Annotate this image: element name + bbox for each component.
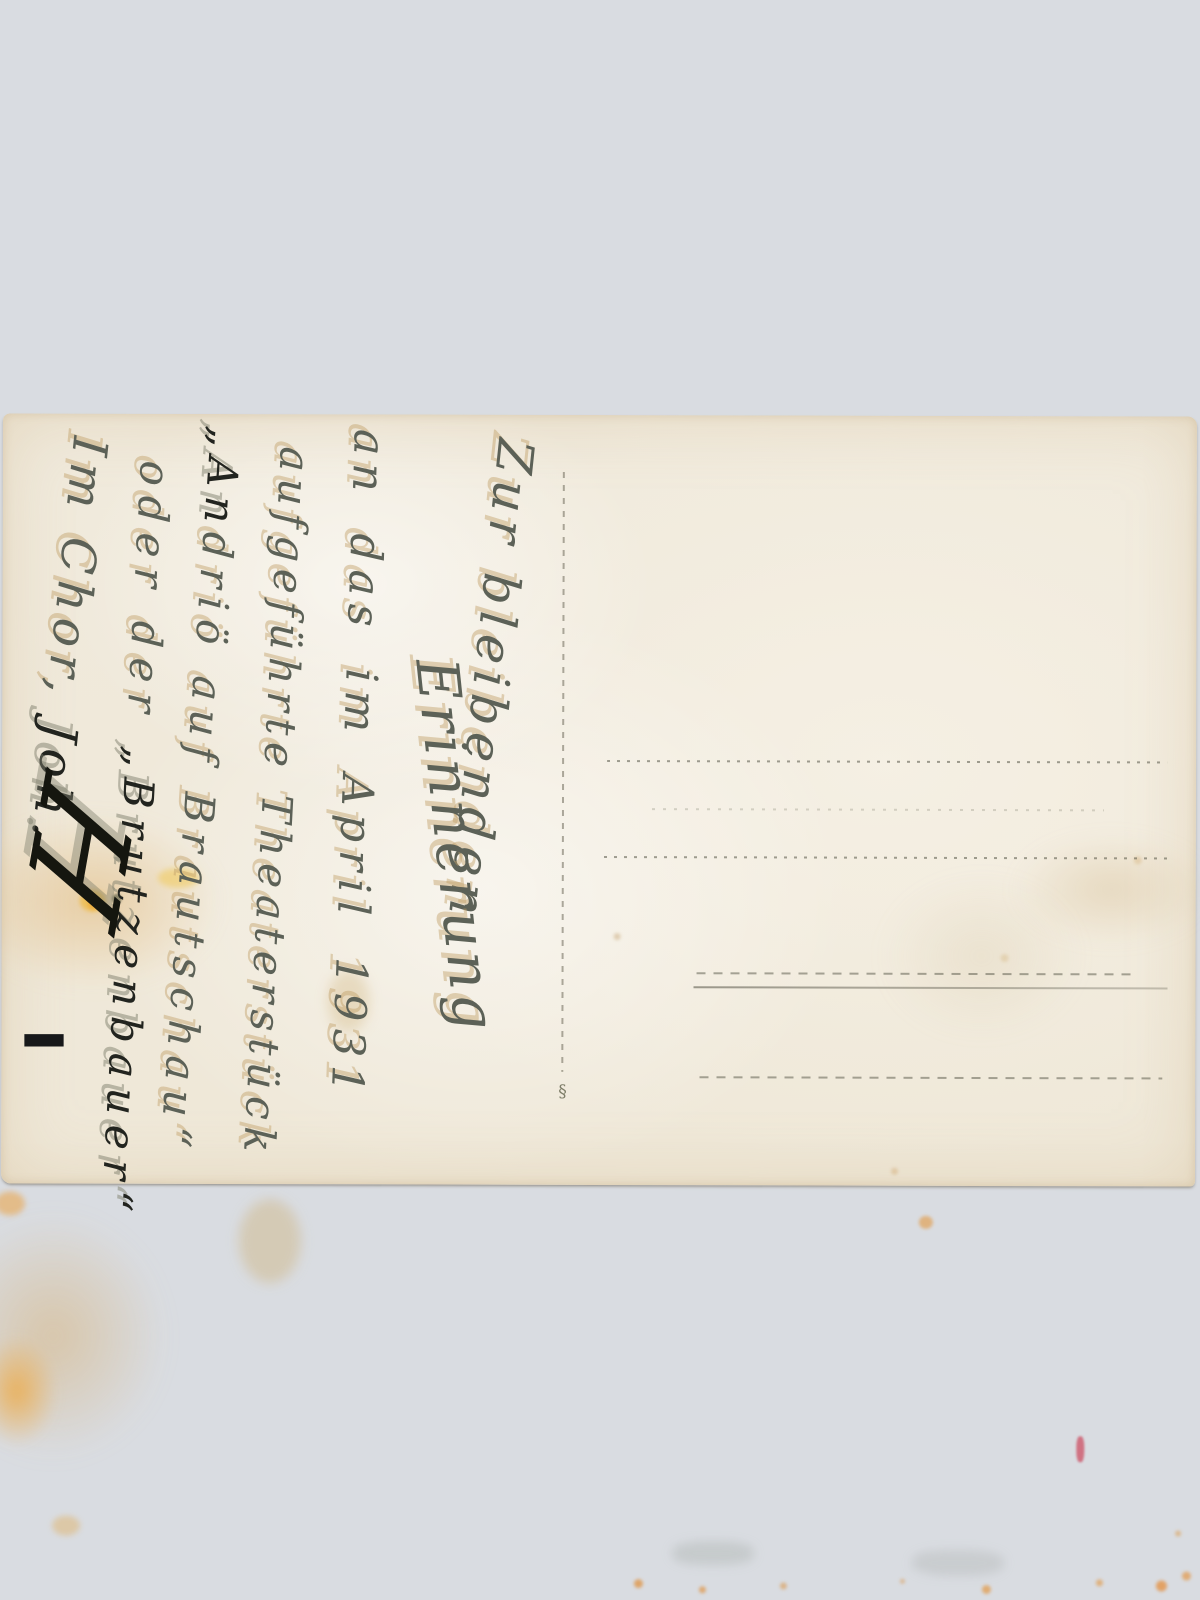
address-line — [604, 856, 1170, 859]
address-line-faint — [652, 808, 1104, 811]
stain-speck — [919, 1216, 933, 1229]
scanned-postcard-photo: { "scene": { "background_color": "#d9dce… — [0, 0, 1200, 1600]
address-line — [699, 1076, 1162, 1079]
stain-speck — [780, 1582, 787, 1589]
postcard-back: § — [1, 413, 1197, 1186]
stain — [0, 1191, 25, 1215]
stain — [876, 871, 1086, 1042]
stain — [912, 1550, 1004, 1576]
stain — [672, 1541, 754, 1565]
stain-speck — [1001, 954, 1009, 962]
stain-speck — [900, 1579, 905, 1584]
stain-speck — [634, 1579, 643, 1588]
stain-speck — [614, 933, 621, 940]
stain — [112, 894, 122, 904]
stain-speck — [1096, 1579, 1103, 1586]
stain-speck — [88, 898, 100, 910]
stain-speck — [1156, 1580, 1167, 1591]
stain-speck — [699, 1586, 706, 1593]
stain-speck — [1175, 1531, 1181, 1537]
stain — [239, 1199, 301, 1283]
stain — [158, 868, 200, 888]
printer-mark: § — [558, 1082, 567, 1102]
stain-speck — [1182, 1572, 1191, 1581]
stain-speck — [982, 1585, 991, 1594]
address-line — [607, 760, 1167, 763]
stain-speck — [891, 1168, 898, 1175]
photo-backdrop: § Zur bleibenden Erinnerung an das im Ap… — [0, 0, 1200, 1600]
stain — [327, 970, 369, 1032]
stain — [52, 1516, 80, 1536]
stain — [0, 813, 222, 989]
stains — [3, 413, 1197, 416]
stain-red-mark — [1076, 1436, 1084, 1462]
divider-line — [561, 472, 565, 1072]
